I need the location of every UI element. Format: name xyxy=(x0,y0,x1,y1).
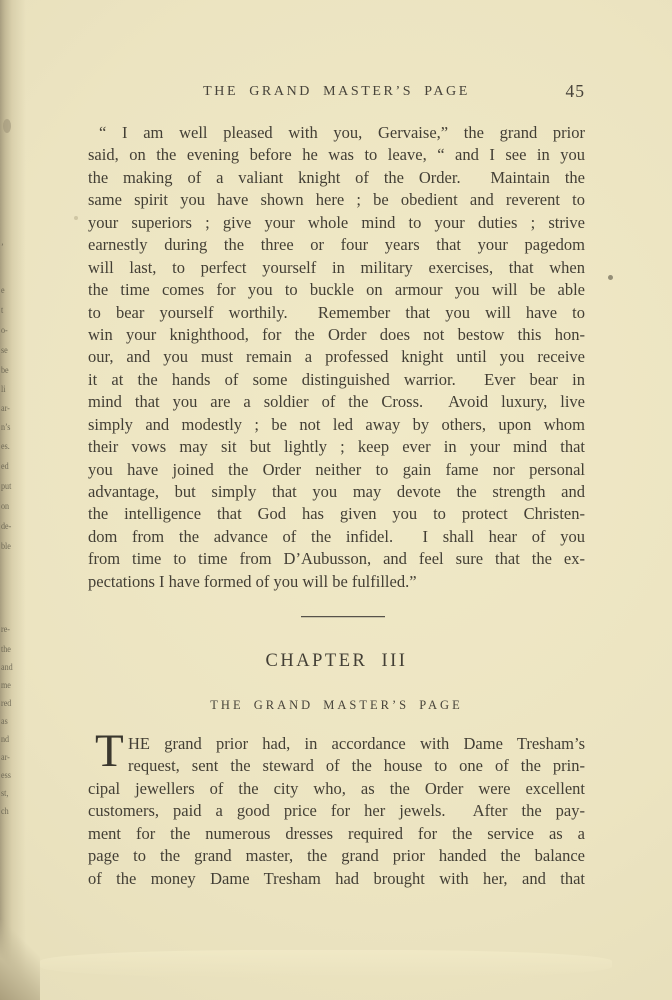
edge-text-fragment: as xyxy=(1,717,12,726)
edge-text-fragment: red xyxy=(1,699,12,708)
chapter-heading: CHAPTER III xyxy=(88,651,585,672)
text-line: to bear yourself worthily. Remember that… xyxy=(88,302,585,324)
text-line: pectations I have formed of you will be … xyxy=(88,571,585,593)
text-line: their vows may sit but lightly ; keep ev… xyxy=(88,436,585,458)
edge-text-fragment: put xyxy=(1,482,12,491)
edge-text-fragment: be xyxy=(1,366,12,375)
paper-speck xyxy=(608,275,613,280)
running-header-title: THE GRAND MASTER’S PAGE xyxy=(88,84,585,100)
edge-text-fragment: de- xyxy=(1,522,12,531)
paragraph-2: T HE grand prior had, in accordance with… xyxy=(88,733,585,890)
text-line: request, sent the steward of the house t… xyxy=(88,755,585,777)
edge-text-fragment: ar- xyxy=(1,404,12,413)
page-gutter-shadow xyxy=(0,0,26,1000)
edge-text-fragment: and xyxy=(1,663,12,672)
text-line: advantage, but simply that you may devot… xyxy=(88,481,585,503)
text-line: will last, to perfect yourself in milita… xyxy=(88,257,585,279)
page-corner-shadow xyxy=(0,920,40,1000)
paragraph-1: “ I am well pleased with you, Gervaise,”… xyxy=(88,122,585,593)
text-line: ment for the numerous dresses required f… xyxy=(88,823,585,845)
edge-text-fragment: o- xyxy=(1,326,12,335)
edge-text-fragment: on xyxy=(1,502,12,511)
text-line: customers, paid a good price for her jew… xyxy=(88,800,585,822)
text-line: win your knighthood, for the Order does … xyxy=(88,324,585,346)
text-line: earnestly during the three or four years… xyxy=(88,234,585,256)
edge-text-fragment: ch xyxy=(1,807,12,816)
edge-text-fragment: ble xyxy=(1,542,12,551)
section-divider-rule xyxy=(301,616,385,617)
edge-text-fragment: me xyxy=(1,681,12,690)
edge-text-fragment: re- xyxy=(1,625,12,634)
text-line: our, and you must remain a professed kni… xyxy=(88,346,585,368)
drop-cap-letter: T xyxy=(95,730,124,772)
edge-text-fragment: ar- xyxy=(1,753,12,762)
edge-text-fragment: the xyxy=(1,645,12,654)
chapter-subtitle: THE GRAND MASTER’S PAGE xyxy=(88,698,585,713)
edge-text-fragment: n’s xyxy=(1,423,12,432)
edge-text-fragment: ess xyxy=(1,771,12,780)
edge-text-fragment: es. xyxy=(1,442,12,451)
text-line: “ I am well pleased with you, Gervaise,”… xyxy=(88,122,585,144)
text-line: mind that you are a soldier of the Cross… xyxy=(88,391,585,413)
text-line: dom from the advance of the infidel. I s… xyxy=(88,526,585,548)
edge-text-fragment: e xyxy=(1,286,12,295)
text-line: simply and modestly ; be not led away by… xyxy=(88,414,585,436)
text-line: page to the grand master, the grand prio… xyxy=(88,845,585,867)
text-line: the time comes for you to buckle on armo… xyxy=(88,279,585,301)
text-line: the intelligence that God has given you … xyxy=(88,503,585,525)
text-line: it at the hands of some distinguished wa… xyxy=(88,369,585,391)
running-header: THE GRAND MASTER’S PAGE 45 xyxy=(88,84,585,104)
text-line: cipal jewellers of the city who, as the … xyxy=(88,778,585,800)
text-line: the making of a valiant knight of the Or… xyxy=(88,167,585,189)
text-line: said, on the evening before he was to le… xyxy=(88,144,585,166)
text-block: THE GRAND MASTER’S PAGE 45 “ I am well p… xyxy=(88,0,585,1000)
edge-text-fragment: ’ xyxy=(1,243,12,252)
edge-text-fragment: li xyxy=(1,385,12,394)
screenshot-root: { "colors": { "paper": "#ece4c1", "ink":… xyxy=(0,0,672,1000)
edge-text-fragment: ed xyxy=(1,462,12,471)
edge-text-fragment: t xyxy=(1,306,12,315)
book-page: ’eto-sebeliar-n’ses.edputonde-blere-thea… xyxy=(0,0,672,1000)
text-line: your superiors ; give your whole mind to… xyxy=(88,212,585,234)
edge-text-fragment: st, xyxy=(1,789,12,798)
page-number: 45 xyxy=(566,81,586,102)
text-line: of the money Dame Tresham had brought wi… xyxy=(88,868,585,890)
text-line: from time to time from D’Aubusson, and f… xyxy=(88,548,585,570)
text-line: you have joined the Order neither to gai… xyxy=(88,459,585,481)
text-line: HE grand prior had, in accordance with D… xyxy=(88,733,585,755)
paper-smudge xyxy=(3,119,11,133)
edge-text-fragment: nd xyxy=(1,735,12,744)
edge-text-fragment: se xyxy=(1,346,12,355)
paper-speck xyxy=(74,216,78,220)
text-line: same spirit you have shown here ; be obe… xyxy=(88,189,585,211)
